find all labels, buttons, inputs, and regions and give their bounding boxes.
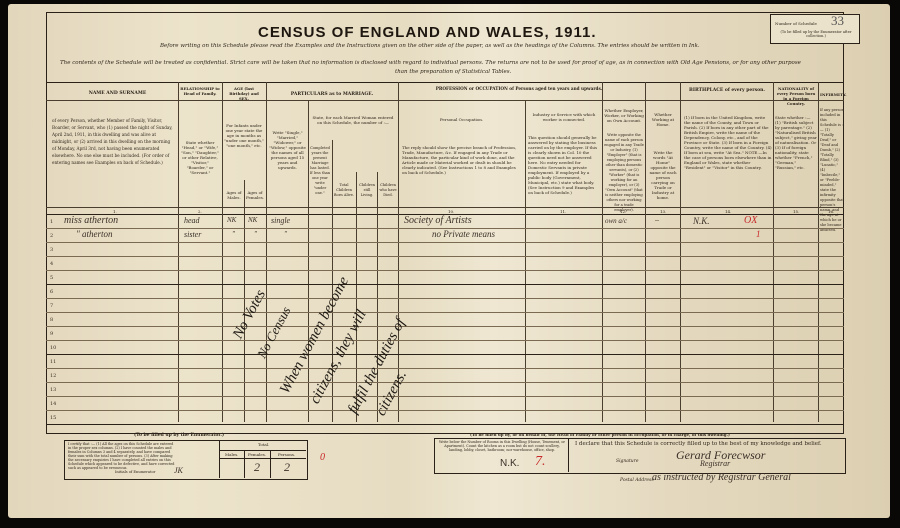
row1-red-mark: OX — [744, 215, 757, 226]
col5-text: Write "Single," "Married," "Widower," or… — [268, 130, 307, 170]
col-divider — [525, 100, 526, 422]
row1-age-male: NK — [227, 216, 236, 224]
total-rule — [219, 458, 306, 459]
col10-subtitle: Personal Occupation. — [400, 117, 523, 122]
rooms-red-mark: 7. — [535, 454, 546, 470]
postal-address-value: as instructed by Registrar General — [652, 472, 791, 483]
document-title: CENSUS OF ENGLAND AND WALES, 1911. — [258, 24, 597, 41]
row-number: 7 — [50, 303, 53, 309]
postal-above-note: Registrar — [700, 459, 730, 468]
row1-name: miss atherton — [64, 215, 118, 226]
col-divider — [222, 82, 223, 422]
header-title-rule — [46, 100, 844, 101]
header-colnum-rule — [46, 207, 844, 208]
persons-label: Persons. — [278, 452, 295, 457]
signature-label: Signature — [616, 459, 639, 464]
col6-subtitle: State, for each Married Woman entered on… — [310, 115, 396, 125]
col-number: 11. — [560, 209, 566, 214]
row2-relationship: sister — [184, 230, 201, 239]
col-divider — [602, 82, 603, 422]
rooms-value: N.K. — [500, 458, 519, 469]
col6-text: Completed years the present Marriage has… — [309, 146, 331, 196]
row-rule — [46, 340, 844, 341]
col-number: 13. — [660, 209, 666, 214]
col15-text: State whether :— (1) "British subject by… — [775, 115, 817, 170]
col3-title: AGE (last Birthday) and SEX. — [224, 86, 264, 101]
row1-age-female: NK — [248, 216, 257, 224]
col1-title: NAME AND SURNAME — [60, 91, 175, 96]
col11-subtitle: Industry or Service with which worker is… — [528, 112, 600, 122]
schedule-number-note: (To be filled up by the Enumerator after… — [775, 30, 857, 38]
instruction-line-1: Before writing on this Schedule please r… — [160, 43, 700, 49]
row-rule — [46, 354, 844, 355]
row-number: 6 — [50, 289, 53, 295]
col12-subtitle: Whether Employer, Worker, or Working on … — [604, 108, 644, 123]
row-number: 8 — [50, 317, 53, 323]
col4-ages-females: Ages of Females. — [245, 190, 265, 200]
total-divider — [244, 450, 245, 478]
persons-total: 2 — [284, 460, 290, 475]
col5-title: PARTICULARS as to MARRIAGE. — [268, 92, 396, 97]
row2-name: " atherton — [76, 229, 113, 239]
schedule-number-box: Number of Schedule 33 (To be filled up b… — [770, 14, 860, 44]
row-number: 4 — [50, 261, 53, 267]
total-label: Total. — [258, 442, 269, 447]
row1-relationship: head — [184, 216, 200, 225]
head-box-divider — [568, 438, 569, 472]
col-number: 16. — [828, 209, 834, 214]
row-rule — [46, 256, 844, 257]
row2-age-male: " — [232, 230, 235, 238]
schedule-number: 33 — [831, 13, 844, 29]
total-rule — [219, 450, 306, 451]
enumerator-red-mark: 0 — [320, 452, 325, 463]
row1-employer-status: own a/c — [605, 217, 627, 225]
row2-marriage: " — [284, 230, 287, 238]
row-rule — [46, 424, 844, 425]
col16-text: If any person included in this Schedule … — [820, 108, 844, 233]
schedule-number-label: Number of Schedule — [775, 21, 817, 26]
col-divider — [645, 82, 646, 422]
row1-marriage: single — [271, 216, 290, 225]
postal-address-label: Postal Address — [620, 478, 654, 483]
enumerator-heading: (To be filled up by the Enumerator.) — [134, 433, 224, 438]
enumerator-initials: JK — [174, 466, 183, 475]
col10-title: PROFESSION or OCCUPATION of Persons aged… — [400, 86, 638, 91]
row-number: 11 — [50, 359, 56, 365]
row-number: 9 — [50, 331, 53, 337]
col14-title: BIRTHPLACE of every person. — [682, 88, 772, 93]
row-rule — [46, 298, 844, 299]
col15-title: NATIONALITY of every Person born in a Fo… — [775, 86, 817, 106]
col16-title: INFIRMITY. — [820, 92, 844, 97]
col-number: 12. — [620, 209, 626, 214]
col11-text: This question should generally be answer… — [528, 135, 600, 195]
males-label: Males. — [225, 452, 238, 457]
total-divider — [219, 440, 220, 478]
col1-text: of every Person, whether Member of Famil… — [52, 117, 174, 166]
col-divider — [178, 82, 179, 422]
row-number: 14 — [50, 401, 56, 407]
declaration-text: I declare that this Schedule is correctl… — [575, 441, 822, 447]
instruction-line-3: than the preparation of Statistical Tabl… — [395, 69, 511, 75]
col10-text: The reply should show the precise branch… — [402, 145, 522, 175]
col-divider — [244, 180, 245, 422]
row-rule — [46, 326, 844, 327]
col7-text: Total Children Born Alive. — [333, 183, 355, 198]
col-divider — [773, 82, 774, 422]
row-rule — [46, 382, 844, 383]
rooms-instruction: Write below the Number of Rooms in this … — [438, 440, 566, 452]
col3-ages-males: Ages of Males. — [224, 190, 244, 200]
row-number: 12 — [50, 373, 56, 379]
row-number: 5 — [50, 275, 53, 281]
row2-age-female: " — [254, 230, 257, 238]
col-number: 15. — [793, 209, 799, 214]
females-total: 2 — [254, 460, 260, 475]
col13-subtitle: Whether Working at Home. — [647, 112, 679, 127]
row-number: 2 — [50, 233, 53, 239]
col-number: 14. — [725, 209, 731, 214]
col-number: 2. — [198, 209, 202, 214]
col-number: 10. — [448, 209, 454, 214]
col-number: 1. — [113, 209, 117, 214]
col8-text: Children still Living. — [357, 183, 377, 198]
col13-text: Write the words "At Home" opposite the n… — [647, 150, 679, 200]
row-rule — [46, 242, 844, 243]
row-number: 1 — [50, 219, 53, 225]
row1-birthplace: N.K. — [693, 216, 710, 226]
col-divider — [818, 82, 819, 422]
row-rule — [46, 270, 844, 271]
head-of-family-heading: (To be filled up by, or on behalf of, th… — [470, 432, 730, 437]
enumerator-certify-text: I certify that :— (1) All the ages on th… — [68, 442, 176, 470]
col-divider — [266, 82, 267, 422]
header-top-rule — [46, 82, 844, 83]
row-number: 15 — [50, 415, 56, 421]
col2-text: State whether "Head," or "Wife," "Son," … — [180, 140, 220, 175]
col12-text: Write opposite the name of each person e… — [604, 133, 644, 213]
row-number: 10 — [50, 345, 56, 351]
total-divider — [270, 450, 271, 478]
col9-text: Children who have Died. — [378, 183, 398, 198]
col-divider — [680, 82, 681, 422]
row-number: 13 — [50, 387, 56, 393]
row-rule — [46, 410, 844, 411]
col2-title: RELATIONSHIP to Head of Family. — [180, 86, 220, 96]
row1-occupation: Society of Artists — [404, 215, 472, 226]
row-number: 3 — [50, 247, 53, 253]
col3-text: For Infants under one year state the age… — [224, 123, 264, 148]
row2-occupation: no Private means — [432, 229, 495, 239]
row1-at-home: – — [655, 215, 659, 224]
col14-text: (1) If born in the United Kingdom, write… — [684, 115, 772, 170]
row-rule — [46, 312, 844, 313]
row-rule — [46, 396, 844, 397]
row2-red-mark: 1 — [756, 229, 761, 239]
instruction-line-2: The contents of the Schedule will be tre… — [60, 60, 801, 66]
enumerator-initials-label: Initials of Enumerator — [115, 470, 155, 474]
row-rule — [46, 368, 844, 369]
females-label: Females. — [248, 452, 266, 457]
row-rule — [46, 284, 844, 285]
